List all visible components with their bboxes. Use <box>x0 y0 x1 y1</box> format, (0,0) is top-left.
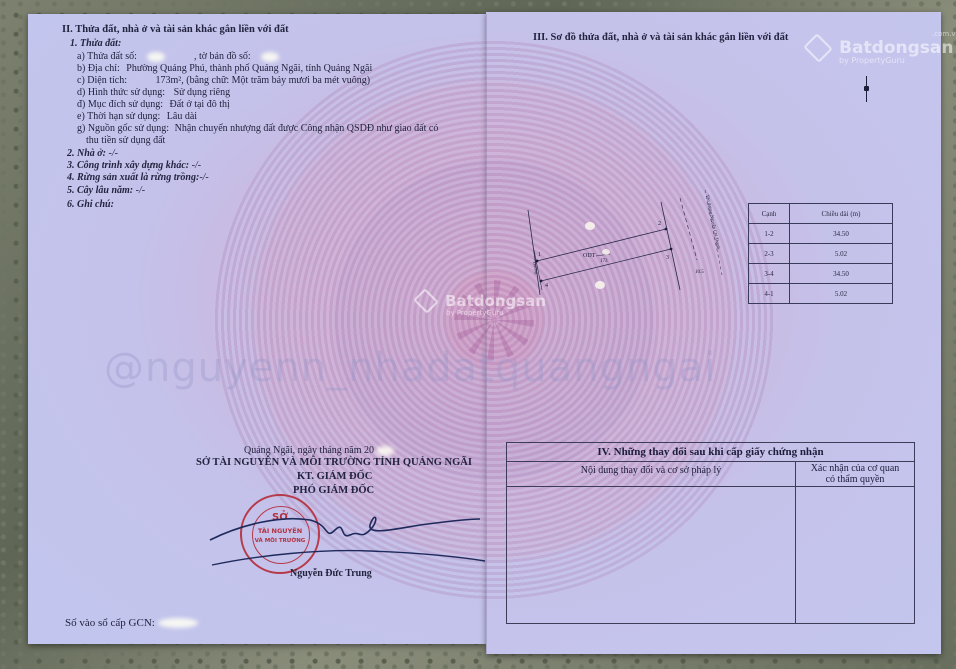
usage-form-row: d) Hình thức sử dụng: Sử dụng riêng <box>77 87 230 99</box>
point-2-label: 2 <box>658 221 661 227</box>
usage-purpose-value: Đất ở tại đô thị <box>169 99 229 110</box>
redacted-map-sheet <box>261 52 279 62</box>
forest-value: -/- <box>199 172 208 183</box>
section-ii-title: II. Thửa đất, nhà ở và tài sản khác gắn … <box>62 24 289 36</box>
length-cell: 5.02 <box>790 244 893 264</box>
notes-row: 6. Ghi chú: <box>67 199 114 211</box>
alley-label: Đường <box>532 261 540 275</box>
perennial-tree-value: -/- <box>136 185 145 196</box>
usage-term-label: e) Thời hạn sử dụng: <box>77 111 160 122</box>
area-value: 173m², (bằng chữ: Một trăm bảy mươi ba m… <box>155 75 370 86</box>
changes-title: IV. Những thay đổi sau khi cấp giấy chứn… <box>507 443 914 462</box>
usage-purpose-row: đ) Mục đích sử dụng: Đất ở tại đô thị <box>77 99 230 111</box>
address-value: Phường Quảng Phú, thành phố Quảng Ngãi, … <box>126 63 372 74</box>
edge-length-table: Cạnh Chiều dài (m) 1-234.502-35.023-434.… <box>748 203 893 304</box>
address-row: b) Địa chỉ: Phường Quảng Phú, thành phố … <box>77 63 372 75</box>
house-value: -/- <box>108 148 117 159</box>
edge-cell: 2-3 <box>749 244 790 264</box>
date-line-text: Quảng Ngãi, ngày tháng năm 20 <box>244 445 374 456</box>
edge-cell: 4-1 <box>749 284 790 304</box>
edge-cell: 3-4 <box>749 264 790 284</box>
usage-term-value: Lâu dài <box>167 111 197 122</box>
handwritten-signature <box>200 505 490 575</box>
parcel-code-label: ODT <box>583 253 596 259</box>
change-content-cell <box>507 487 796 623</box>
changes-header-row: Nội dung thay đổi và cơ sở pháp lý Xác n… <box>507 462 914 487</box>
point-1-label: 1 <box>538 252 541 258</box>
redacted-year <box>376 446 394 456</box>
edge-table-row: 1-234.50 <box>749 224 893 244</box>
road-name-label: Tên đường Nguyễn Chí Thanh <box>705 194 722 250</box>
parcel-number-row: a) Thửa đất số: , tờ bản đồ số: <box>77 51 279 63</box>
parcel-diagram: 1 2 3 4 ODT 173 10.5 Tên đường Nguyễn Ch… <box>500 190 740 300</box>
perennial-tree-label: 5. Cây lâu năm: <box>67 185 133 196</box>
edge-table-row: 4-15.02 <box>749 284 893 304</box>
land-parcel-heading: 1. Thửa đất: <box>70 38 121 50</box>
changes-table: IV. Những thay đổi sau khi cấp giấy chứn… <box>506 442 915 624</box>
signer-role-1: KT. GIÁM ĐỐC <box>297 471 372 483</box>
other-construction-value: -/- <box>192 160 201 171</box>
section-iii-title: III. Sơ đồ thửa đất, nhà ở và tài sản kh… <box>533 32 788 44</box>
north-arrow-icon <box>866 76 867 102</box>
signer-name: Nguyễn Đức Trung <box>290 568 372 580</box>
edge-table-row: 3-434.50 <box>749 264 893 284</box>
redacted-registry-number <box>158 618 198 628</box>
area-row: c) Diện tích: 173m², (bằng chữ: Một trăm… <box>77 75 370 87</box>
authority-header-line-1: Xác nhận của cơ quan <box>796 463 914 474</box>
usage-form-label: d) Hình thức sử dụng: <box>77 87 165 98</box>
other-construction-label: 3. Công trình xây dựng khác: <box>67 160 189 171</box>
length-cell: 34.50 <box>790 224 893 244</box>
edge-table-header: Cạnh Chiều dài (m) <box>749 204 893 224</box>
area-label: c) Diện tích: <box>77 75 127 86</box>
point-3-label: 3 <box>666 255 669 261</box>
perennial-tree-row: 5. Cây lâu năm: -/- <box>67 185 145 197</box>
house-row: 2. Nhà ở: -/- <box>67 148 118 160</box>
length-column-header: Chiều dài (m) <box>790 204 893 224</box>
parcel-area-label: 173 <box>600 259 608 264</box>
edge-cell: 1-2 <box>749 224 790 244</box>
other-construction-row: 3. Công trình xây dựng khác: -/- <box>67 160 201 172</box>
signing-date-line: Quảng Ngãi, ngày tháng năm 20 <box>244 445 394 457</box>
parcel-number-label: a) Thửa đất số: <box>77 51 137 62</box>
usage-origin-value: Nhận chuyển nhượng đất được Công nhận QS… <box>175 123 439 134</box>
registry-label: Số vào sổ cấp GCN: <box>65 617 155 629</box>
point-4-label: 4 <box>545 283 548 289</box>
usage-purpose-label: đ) Mục đích sử dụng: <box>77 99 163 110</box>
map-sheet-label: , tờ bản đồ số: <box>194 51 251 62</box>
issuing-agency: SỞ TÀI NGUYÊN VÀ MÔI TRƯỜNG TỈNH QUẢNG N… <box>196 457 472 469</box>
edge-table-row: 2-35.02 <box>749 244 893 264</box>
usage-origin-label: g) Nguồn gốc sử dụng: <box>77 123 169 134</box>
road-number-label: 10.5 <box>695 270 704 275</box>
usage-term-row: e) Thời hạn sử dụng: Lâu dài <box>77 111 197 123</box>
changes-body <box>507 487 914 623</box>
house-label: 2. Nhà ở: <box>67 148 106 159</box>
registry-number-row: Số vào sổ cấp GCN: <box>65 617 198 629</box>
usage-origin-row: g) Nguồn gốc sử dụng: Nhận chuyển nhượng… <box>77 123 438 135</box>
edge-column-header: Cạnh <box>749 204 790 224</box>
address-label: b) Địa chỉ: <box>77 63 120 74</box>
authority-confirmation-header: Xác nhận của cơ quan có thẩm quyền <box>796 462 914 486</box>
length-cell: 5.02 <box>790 284 893 304</box>
change-content-header: Nội dung thay đổi và cơ sở pháp lý <box>507 462 796 486</box>
usage-origin-value-cont: thu tiền sử dụng đất <box>86 135 165 147</box>
length-cell: 34.50 <box>790 264 893 284</box>
forest-label: 4. Rừng sản xuất là rừng trồng: <box>67 172 199 183</box>
authority-header-line-2: có thẩm quyền <box>796 474 914 485</box>
usage-form-value: Sử dụng riêng <box>174 87 231 98</box>
redacted-parcel-number <box>147 52 165 62</box>
forest-row: 4. Rừng sản xuất là rừng trồng:-/- <box>67 172 209 184</box>
signer-role-2: PHÓ GIÁM ĐỐC <box>293 485 374 497</box>
